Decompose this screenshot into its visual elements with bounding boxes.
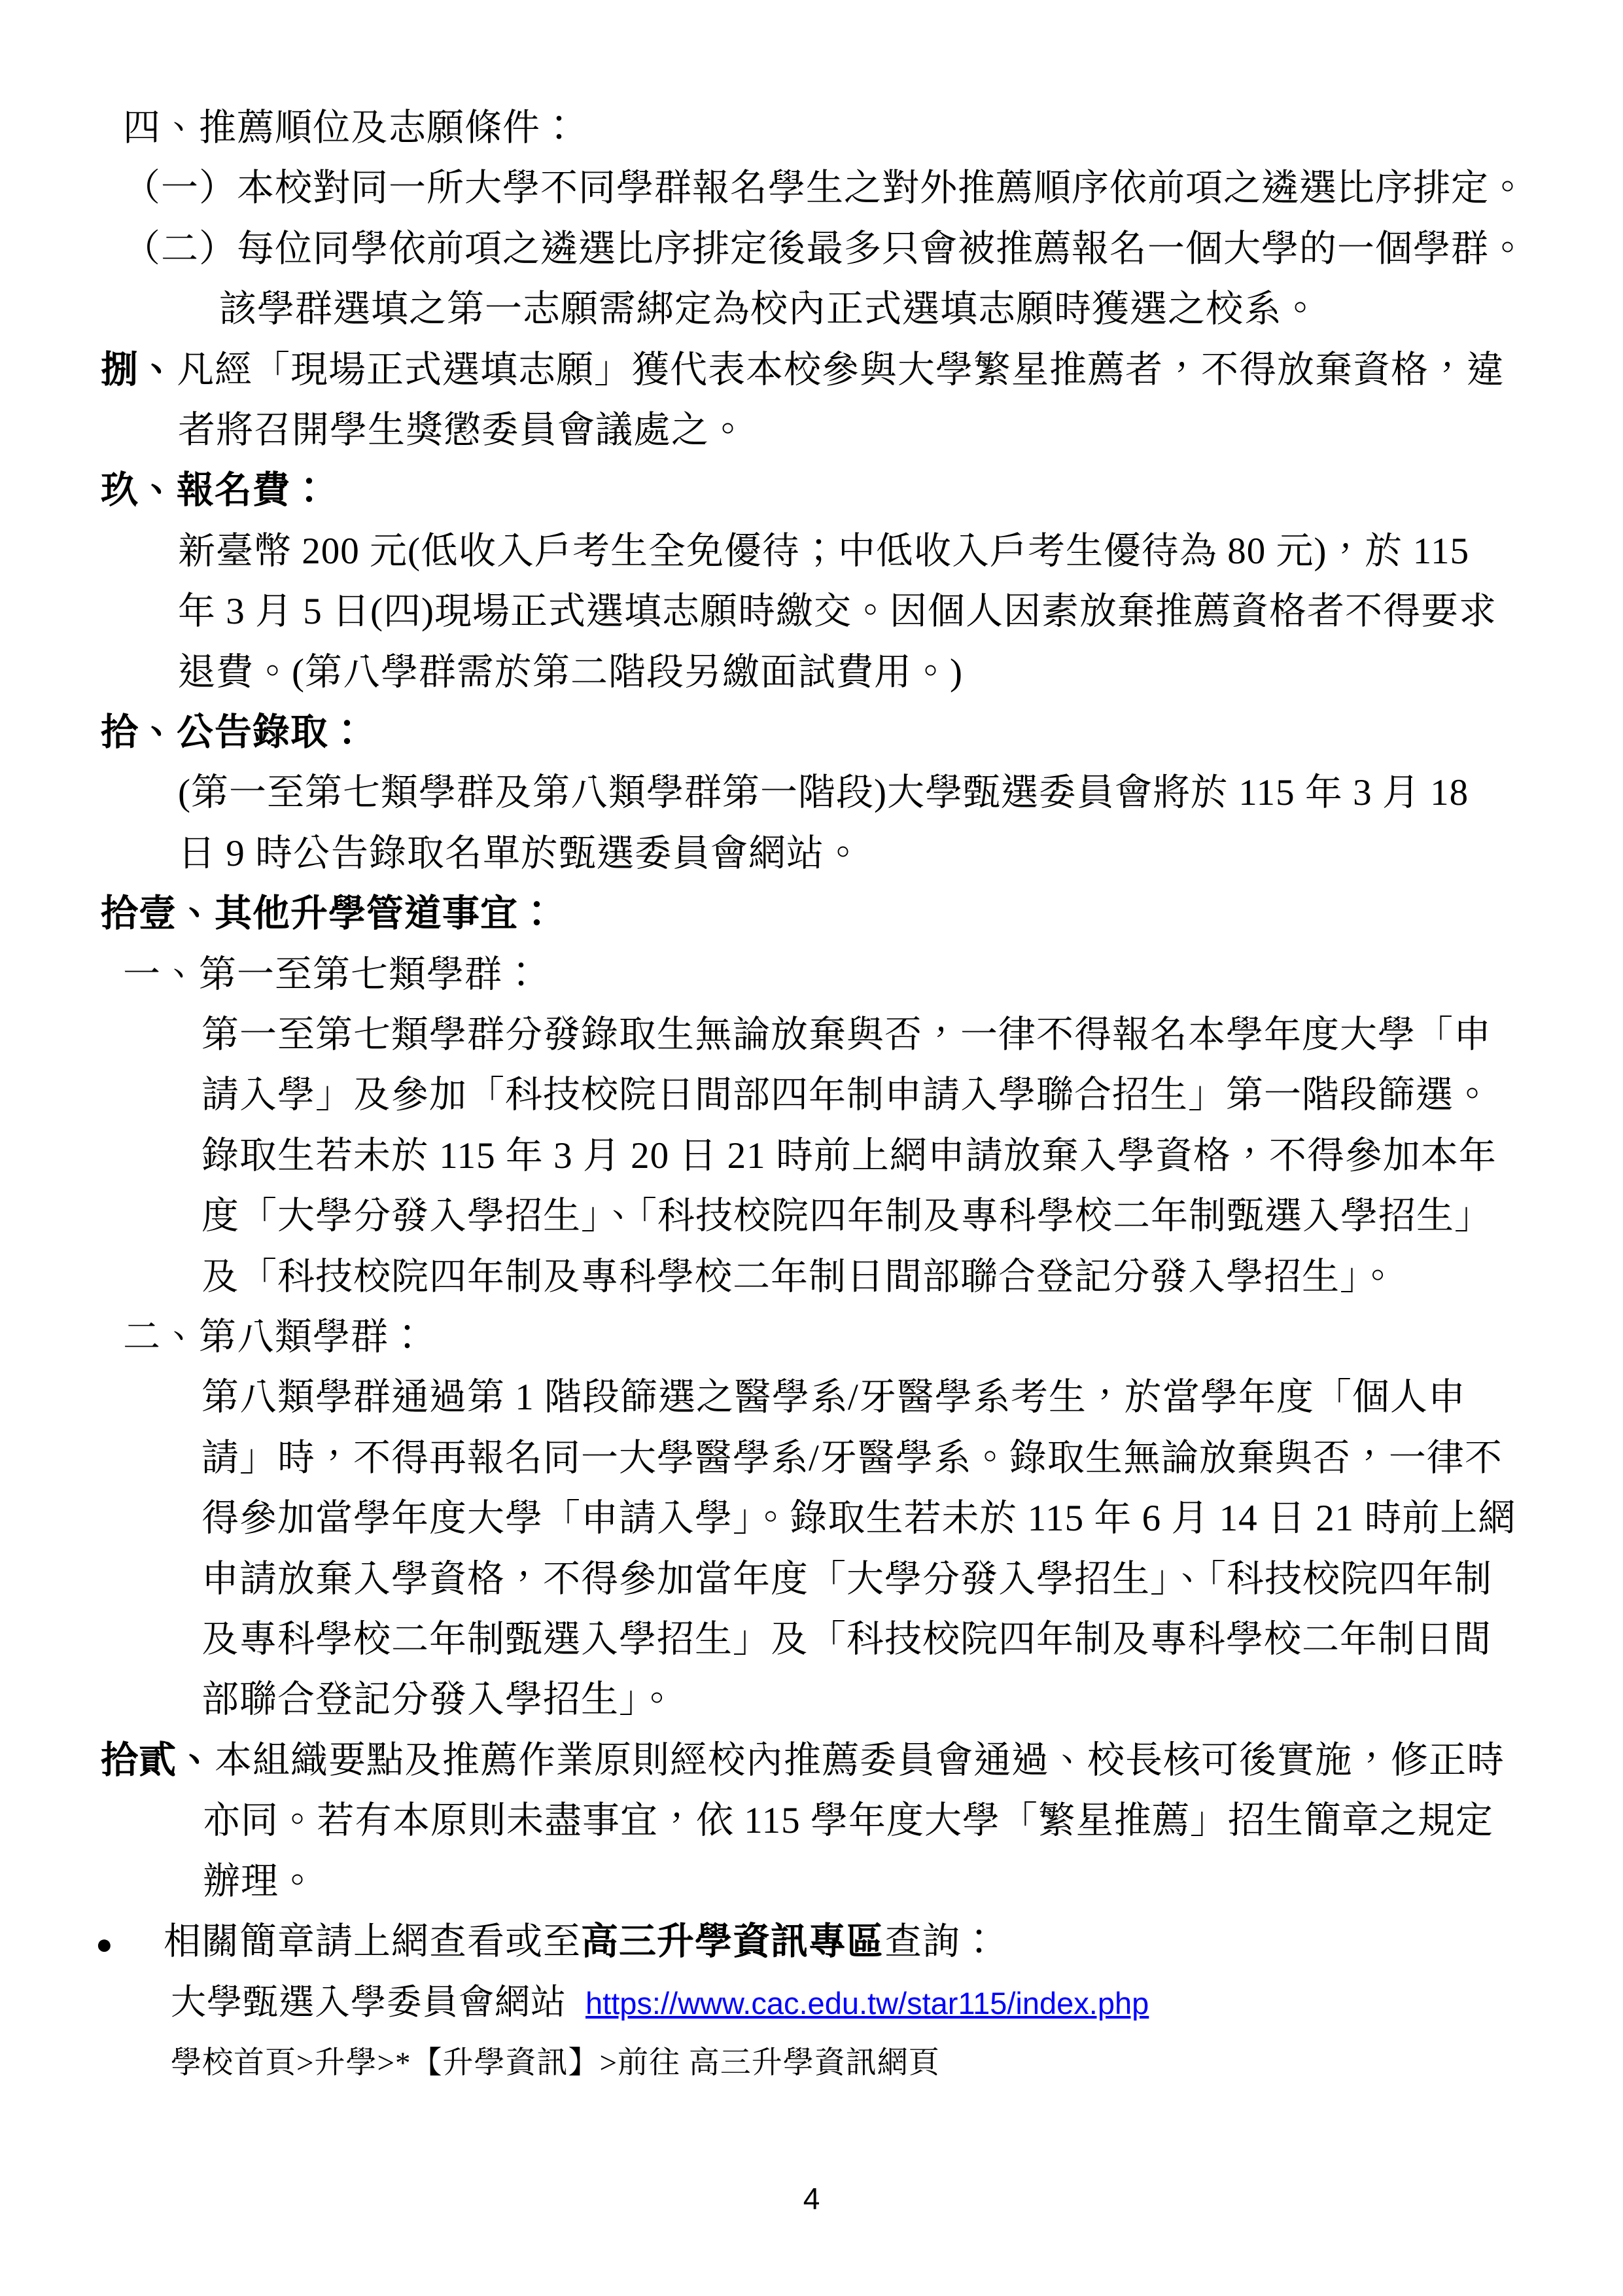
text-segment: 相關簡章請上網查看或至: [164, 1921, 581, 1962]
text-segment: 者將召開學生獎懲委員會議處之。: [178, 410, 747, 451]
text-line: ●相關簡章請上網查看或至高三升學資訊專區查詢：: [96, 1912, 998, 1975]
text-line: 二、第八類學群：: [123, 1307, 427, 1368]
text-line: (第一至第七類學群及第八類學群第一階段)大學甄選委員會將於 115 年 3 月 …: [178, 763, 1469, 823]
text-segment: 辦理。: [203, 1861, 317, 1902]
text-segment: 本組織要點及推薦作業原則經校內推薦委員會通過、校長核可後實施，修正時: [215, 1740, 1505, 1781]
text-line: 日 9 時公告錄取名單於甄選委員會網站。: [178, 824, 862, 884]
text-segment: 四、推薦順位及志願條件：: [123, 107, 578, 149]
bold-text-segment: 高三升學資訊專區: [581, 1921, 884, 1962]
text-line: 及專科學校二年制甄選入學招生」及「科技校院四年制及專科學校二年制日間: [201, 1610, 1492, 1670]
bold-text-segment: 拾、公告錄取：: [101, 712, 366, 753]
text-segment: 查詢：: [884, 1921, 998, 1962]
text-segment: 該學群選填之第一志願需綁定為校內正式選填志願時獲選之校系。: [219, 289, 1319, 330]
text-segment: 部聯合登記分發入學招生」。: [201, 1679, 676, 1720]
text-line: （二）每位同學依前項之遴選比序排定後最多只會被推薦報名一個大學的一個學群。: [123, 219, 1527, 279]
text-segment: 亦同。若有本原則未盡事宜，依 115 學年度大學「繁星推薦」招生簡章之規定: [203, 1800, 1493, 1841]
page-number: 4: [0, 2179, 1623, 2218]
text-segment: 得參加當學年度大學「申請入學」。錄取生若未於 115 年 6 月 14 日 21…: [201, 1498, 1516, 1539]
bold-text-segment: 捌、: [101, 349, 177, 391]
text-line: 一、第一至第七類學群：: [123, 945, 540, 1005]
text-segment: 錄取生若未於 115 年 3 月 20 日 21 時前上網申請放棄入學資格，不得…: [201, 1135, 1497, 1176]
document-page: 四、推薦順位及志願條件：（一）本校對同一所大學不同學群報名學生之對外推薦順序依前…: [0, 0, 1623, 2296]
text-line: 四、推薦順位及志願條件：: [123, 98, 578, 158]
text-segment: (第一至第七類學群及第八類學群第一階段)大學甄選委員會將於 115 年 3 月 …: [178, 772, 1469, 813]
text-line: 玖、報名費：: [101, 461, 328, 521]
text-segment: 及專科學校二年制甄選入學招生」及「科技校院四年制及專科學校二年制日間: [201, 1619, 1492, 1660]
text-segment: 二、第八類學群：: [123, 1316, 427, 1358]
text-line: 申請放棄入學資格，不得參加當年度「大學分發入學招生」、「科技校院四年制: [201, 1549, 1492, 1610]
text-line: 第一至第七類學群分發錄取生無論放棄與否，一律不得報名本學年度大學「申: [201, 1005, 1492, 1065]
bold-text-segment: 拾貳、: [101, 1740, 215, 1781]
text-segment: 請入學」及參加「科技校院日間部四年制申請入學聯合招生」第一階段篩選。: [201, 1074, 1492, 1116]
text-line: 第八類學群通過第 1 階段篩選之醫學系/牙醫學系考生，於當學年度「個人申: [201, 1368, 1466, 1428]
text-line: 新臺幣 200 元(低收入戶考生全免優待；中低收入戶考生優待為 80 元)，於 …: [178, 521, 1469, 582]
text-line: （一）本校對同一所大學不同學群報名學生之對外推薦順序依前項之遴選比序排定。: [123, 158, 1527, 219]
text-line: 請」時，不得再報名同一大學醫學系/牙醫學系。錄取生無論放棄與否，一律不: [201, 1428, 1503, 1489]
text-line: 者將召開學生獎懲委員會議處之。: [178, 400, 747, 461]
text-line: 請入學」及參加「科技校院日間部四年制申請入學聯合招生」第一階段篩選。: [201, 1065, 1492, 1125]
text-line: 該學群選填之第一志願需綁定為校內正式選填志願時獲選之校系。: [219, 279, 1319, 340]
text-segment: 學校首頁>升學>*【升學資訊】>前往 高三升學資訊網頁: [171, 2046, 940, 2080]
text-line: 退費。(第八學群需於第二階段另繳面試費用。): [178, 643, 963, 703]
text-segment: 申請放棄入學資格，不得參加當年度「大學分發入學招生」、「科技校院四年制: [201, 1559, 1492, 1600]
text-line: 拾、公告錄取：: [101, 703, 366, 763]
text-segment: 退費。(第八學群需於第二階段另繳面試費用。): [178, 652, 963, 693]
text-line: 學校首頁>升學>*【升學資訊】>前往 高三升學資訊網頁: [171, 2033, 940, 2093]
text-segment: 及「科技校院四年制及專科學校二年制日間部聯合登記分發入學招生」。: [201, 1256, 1397, 1298]
text-segment: 度「大學分發入學招生」、「科技校院四年制及專科學校二年制甄選入學招生」: [201, 1195, 1492, 1237]
text-line: 大學甄選入學委員會網站 https://www.cac.edu.tw/star1…: [171, 1972, 1149, 2034]
text-segment: （一）本校對同一所大學不同學群報名學生之對外推薦順序依前項之遴選比序排定。: [123, 168, 1527, 209]
text-line: 錄取生若未於 115 年 3 月 20 日 21 時前上網申請放棄入學資格，不得…: [201, 1126, 1497, 1186]
text-segment: 一、第一至第七類學群：: [123, 954, 540, 995]
bold-text-segment: 玖、報名費：: [101, 470, 328, 511]
text-line: 及「科技校院四年制及專科學校二年制日間部聯合登記分發入學招生」。: [201, 1247, 1397, 1307]
text-line: 得參加當學年度大學「申請入學」。錄取生若未於 115 年 6 月 14 日 21…: [201, 1489, 1516, 1549]
text-line: 拾貳、本組織要點及推薦作業原則經校內推薦委員會通過、校長核可後實施，修正時: [101, 1731, 1505, 1791]
text-line: 度「大學分發入學招生」、「科技校院四年制及專科學校二年制甄選入學招生」: [201, 1186, 1492, 1246]
bold-text-segment: 拾壹、其他升學管道事宜：: [101, 893, 556, 934]
text-segment: 第八類學群通過第 1 階段篩選之醫學系/牙醫學系考生，於當學年度「個人申: [201, 1377, 1466, 1418]
text-segment: 第一至第七類學群分發錄取生無論放棄與否，一律不得報名本學年度大學「申: [201, 1014, 1492, 1055]
text-line: 亦同。若有本原則未盡事宜，依 115 學年度大學「繁星推薦」招生簡章之規定: [203, 1791, 1493, 1851]
text-segment: 年 3 月 5 日(四)現場正式選填志願時繳交。因個人因素放棄推薦資格者不得要求: [178, 591, 1497, 632]
text-segment: 日 9 時公告錄取名單於甄選委員會網站。: [178, 833, 862, 874]
text-segment: （二）每位同學依前項之遴選比序排定後最多只會被推薦報名一個大學的一個學群。: [123, 228, 1527, 270]
text-line: 年 3 月 5 日(四)現場正式選填志願時繳交。因個人因素放棄推薦資格者不得要求: [178, 582, 1497, 642]
text-segment: 請」時，不得再報名同一大學醫學系/牙醫學系。錄取生無論放棄與否，一律不: [201, 1438, 1503, 1479]
text-segment: 新臺幣 200 元(低收入戶考生全免優待；中低收入戶考生優待為 80 元)，於 …: [178, 531, 1469, 572]
text-line: 捌、凡經「現場正式選填志願」獲代表本校參與大學繁星推薦者，不得放棄資格，違: [101, 340, 1505, 400]
text-segment: 凡經「現場正式選填志願」獲代表本校參與大學繁星推薦者，不得放棄資格，違: [177, 349, 1505, 391]
hyperlink[interactable]: https://www.cac.edu.tw/star115/index.php: [585, 1986, 1149, 2021]
text-line: 拾壹、其他升學管道事宜：: [101, 884, 556, 944]
list-bullet-icon: ●: [96, 1915, 164, 1975]
text-segment: 大學甄選入學委員會網站: [171, 1983, 585, 2022]
text-line: 辦理。: [203, 1852, 317, 1912]
text-line: 部聯合登記分發入學招生」。: [201, 1670, 676, 1730]
